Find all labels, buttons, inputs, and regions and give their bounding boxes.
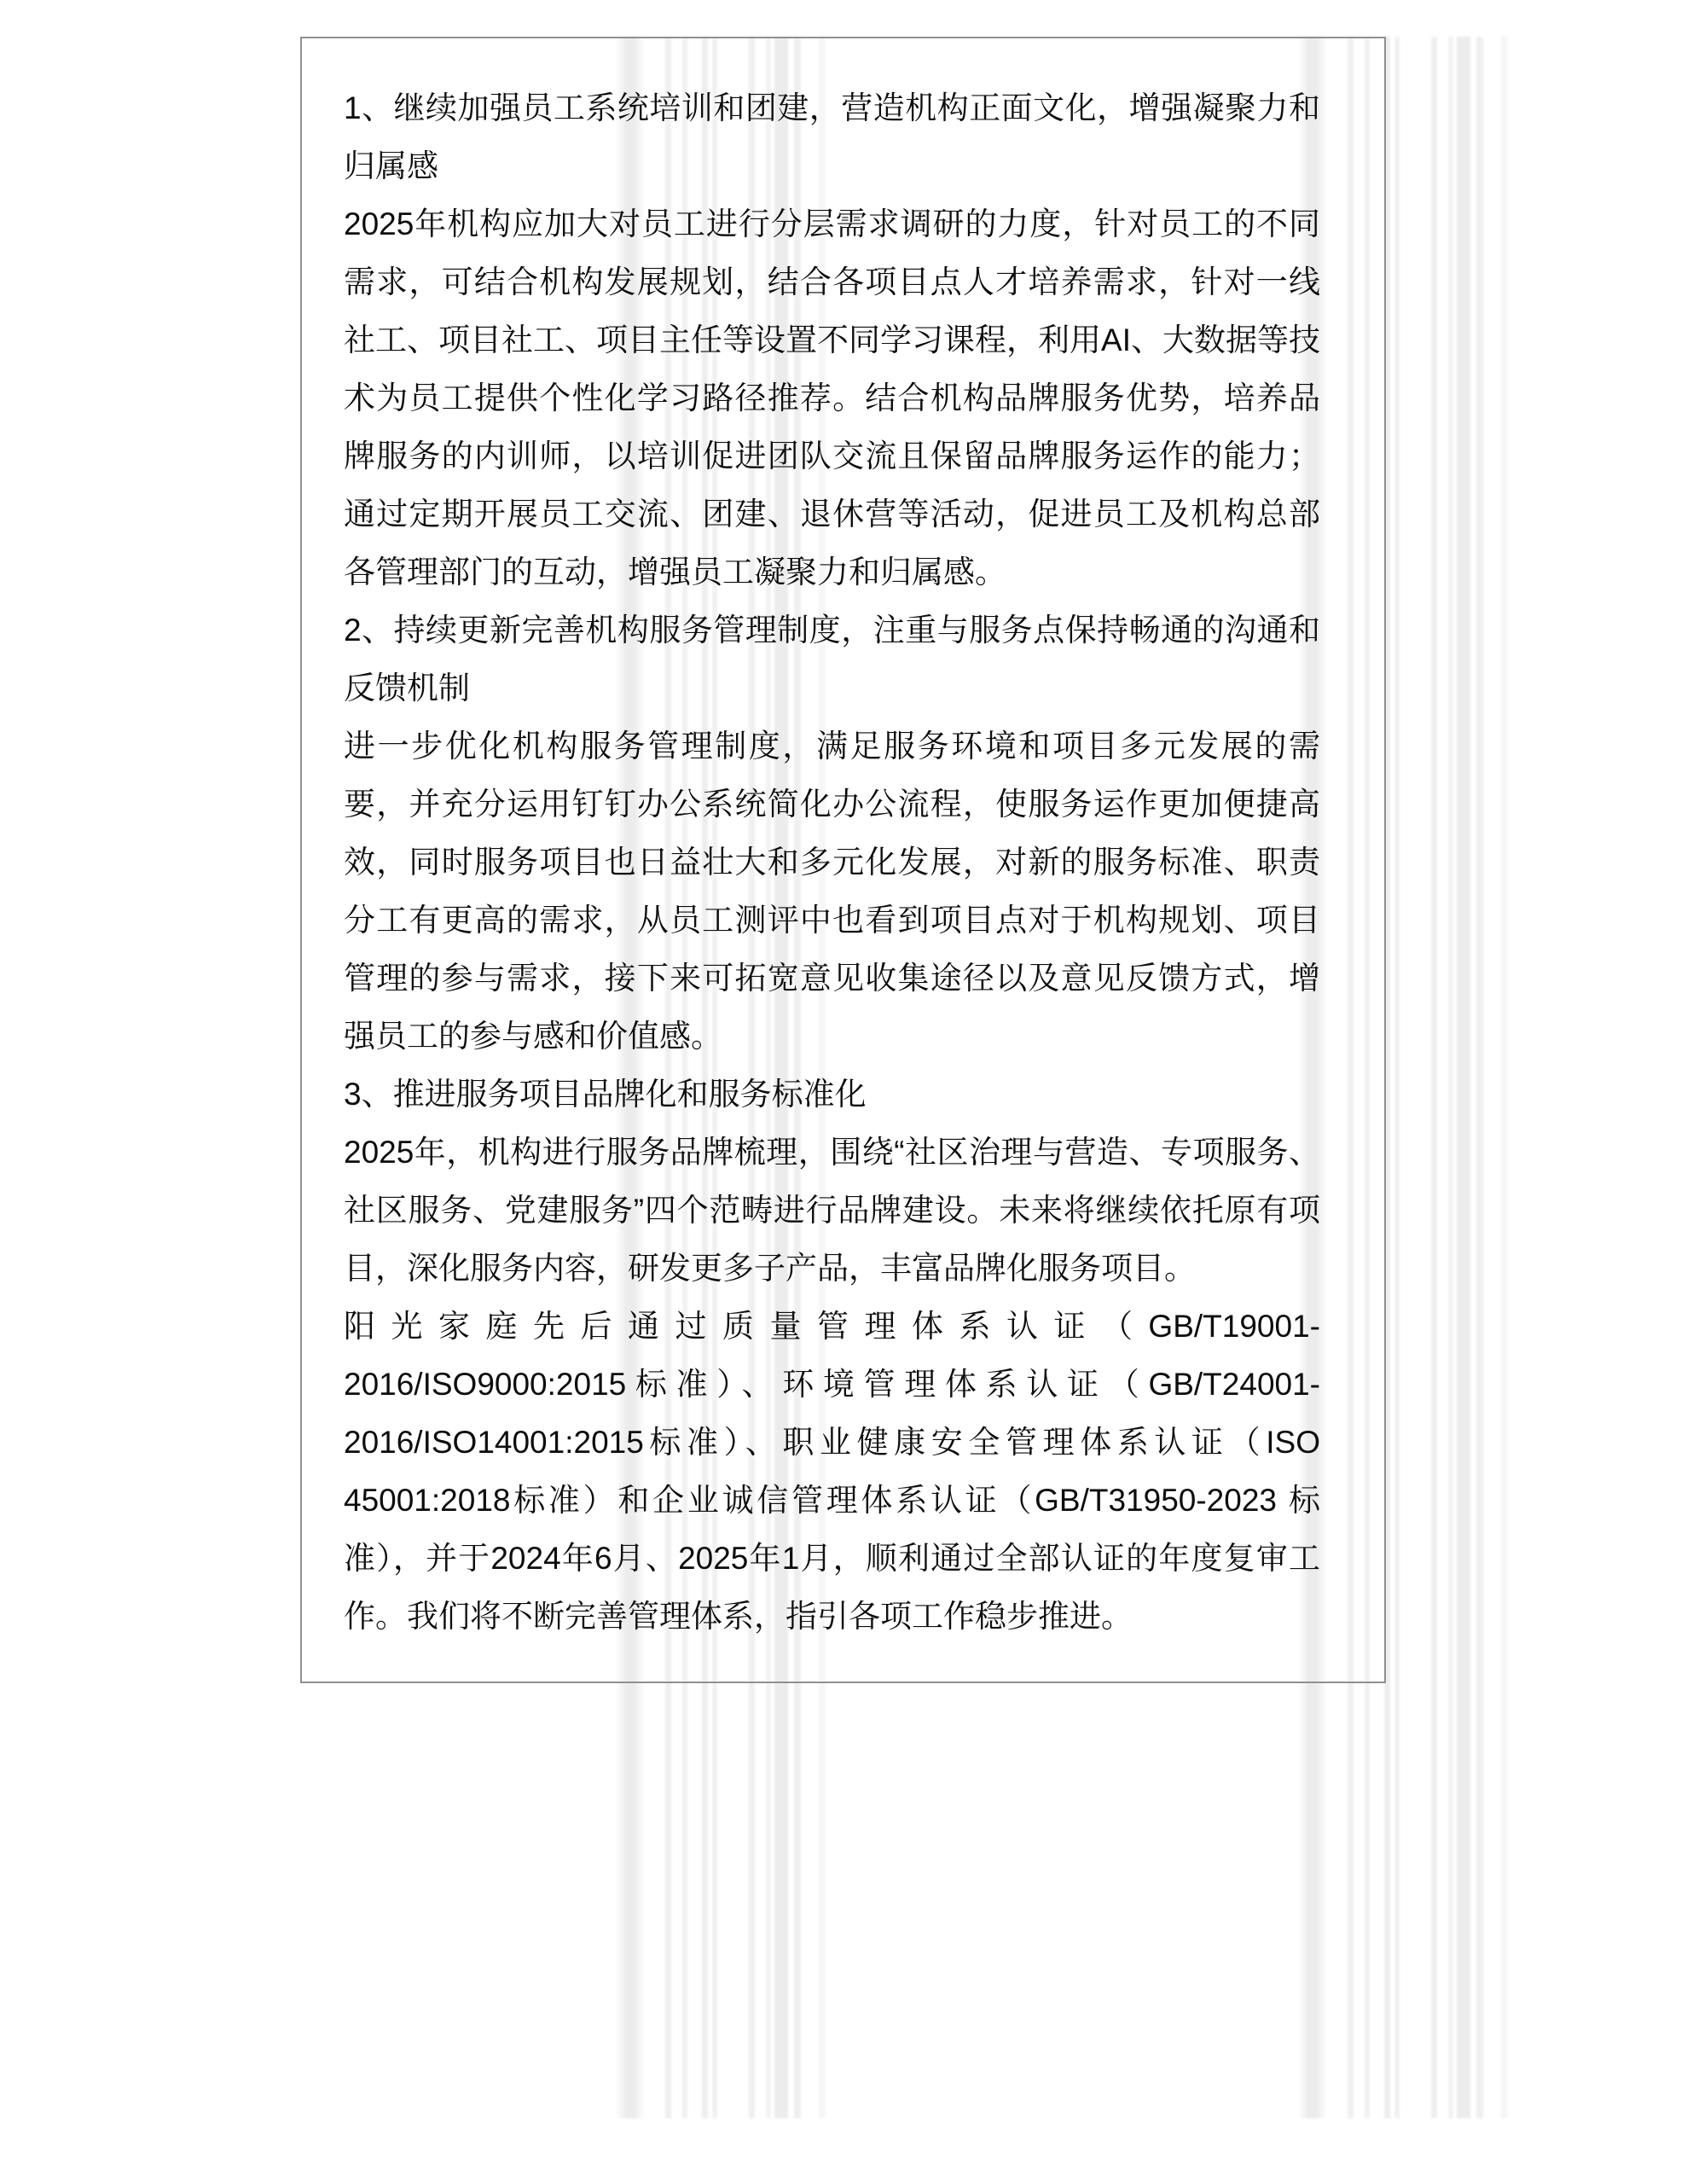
paragraph: 1、继续加强员工系统培训和团建，营造机构正面文化，增强凝聚力和归属感	[344, 79, 1320, 195]
paragraph: 2025年，机构进行服务品牌梳理，围绕“社区治理与营造、专项服务、社区服务、党建…	[344, 1124, 1320, 1298]
page-background: 1、继续加强员工系统培训和团建，营造机构正面文化，增强凝聚力和归属感 2025年…	[0, 0, 1687, 2184]
paragraph: 3、推进服务项目品牌化和服务标准化	[344, 1066, 1320, 1124]
document-text-box: 1、继续加强员工系统培训和团建，营造机构正面文化，增强凝聚力和归属感 2025年…	[300, 37, 1386, 1683]
paragraph: 进一步优化机构服务管理制度，满足服务环境和项目多元发展的需要，并充分运用钉钉办公…	[344, 717, 1320, 1066]
paragraph: 2025年机构应加大对员工进行分层需求调研的力度，针对员工的不同需求，可结合机构…	[344, 195, 1320, 601]
paragraph-list: 1、继续加强员工系统培训和团建，营造机构正面文化，增强凝聚力和归属感 2025年…	[344, 79, 1320, 1646]
paragraph: 阳光家庭先后通过质量管理体系认证（GB/T19001-2016/ISO9000:…	[344, 1298, 1320, 1646]
paragraph: 2、持续更新完善机构服务管理制度，注重与服务点保持畅通的沟通和反馈机制	[344, 601, 1320, 717]
